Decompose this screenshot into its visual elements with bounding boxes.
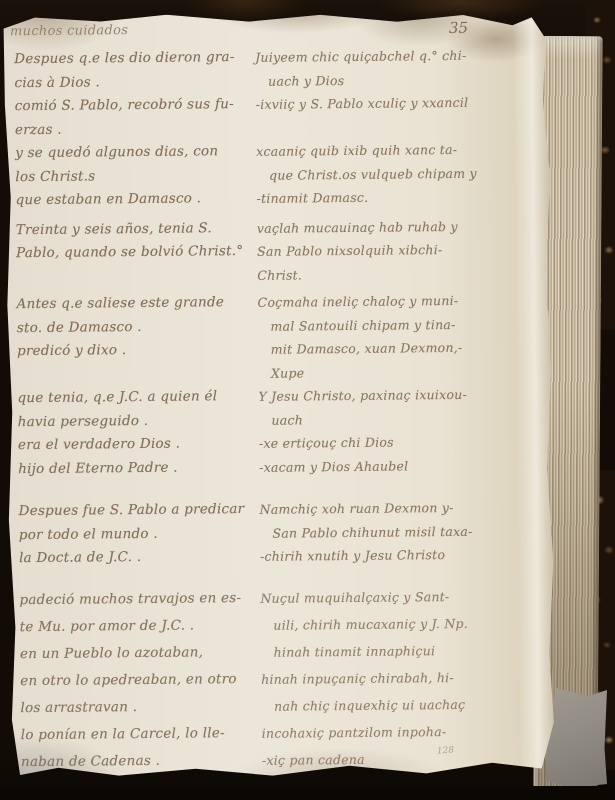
manuscript-page: 35 muchos cuidados Despues q.e les dio d… — [2, 8, 558, 781]
left-column-text-spanish: predicó y dixo . — [17, 339, 126, 364]
text-line: que estaban en Damasco .-tinamit Damasc. — [11, 184, 548, 213]
right-column-text-mayan: -tinamit Damasc. — [256, 186, 368, 211]
text-line: naban de Cadenas .-xiç pan cadena — [17, 744, 554, 776]
left-column-text-spanish: Despues fue S. Pablo a predicar — [18, 498, 244, 524]
left-column-text-spanish: naban de Cadenas . — [21, 747, 160, 775]
right-column-text-mayan: -xiç pan cadena — [262, 745, 365, 773]
text-line: hijo del Eterno Padre .-xacam y Dios Aha… — [14, 453, 551, 482]
left-column-text-spanish: Despues q.e les dio dieron gra- — [14, 46, 235, 72]
left-column-text-spanish: padeció muchos travajos en es- — [19, 585, 241, 614]
left-column-text-spanish: en un Pueblo lo azotaban, — [20, 639, 203, 668]
left-column-text-spanish: erzas . — [15, 118, 62, 142]
right-column-text-mayan: -ixviiç y S. Pablo xculiç y xxancil — [256, 91, 469, 117]
left-column-text-spanish: lo ponían en la Carcel, lo lle- — [21, 720, 225, 749]
pencil-folio-number: 128 — [437, 745, 455, 756]
manuscript-text: muchos cuidados Despues q.e les dio dier… — [10, 14, 554, 777]
header-gloss: muchos cuidados — [10, 14, 547, 45]
manuscript-photo: 35 muchos cuidados Despues q.e les dio d… — [0, 0, 615, 800]
left-column-text-spanish: Pablo, quando se bolvió Christ.° — [16, 240, 243, 266]
left-column-text-spanish: te Mu. por amor de J.C. . — [20, 612, 195, 641]
left-column-text-spanish: hijo del Eterno Padre . — [18, 456, 178, 481]
text-columns: Despues q.e les dio dieron gra-Juiyeem c… — [10, 43, 554, 776]
left-column-text-spanish: por todo el mundo . — [19, 522, 158, 547]
right-column-text-mayan: mal Santouili chipam y tina- — [258, 312, 456, 337]
left-column-text-spanish: sto. de Damasco . — [17, 315, 142, 340]
left-column-text-spanish: la Doct.a de J.C. . — [19, 546, 142, 571]
right-column-text-mayan: uili, chirih mucaxaniç y J. Np. — [261, 609, 469, 638]
right-column-text-mayan: -xe ertiçouç chi Dios — [259, 431, 394, 456]
right-column-text-mayan: uach y Dios — [255, 69, 344, 93]
binding-shadow — [0, 786, 615, 800]
left-column-text-spanish: Treinta y seis años, tenia S. — [16, 217, 212, 242]
right-column-text-mayan: incohaxiç pantzilom inpoha- — [262, 718, 447, 747]
paragraph: Despues fue S. Pablo a predicarNamchiç x… — [14, 495, 552, 571]
right-column-text-mayan: -xacam y Dios Ahaubel — [259, 454, 408, 479]
left-column-text-spanish: cias à Dios . — [14, 71, 100, 95]
text-line: la Doct.a de J.C. .-chirih xnutih y Jesu… — [15, 542, 552, 571]
paragraph: padeció muchos travajos en es-Nuçul muqu… — [15, 582, 554, 776]
left-column-text-spanish: que tenia, q.e J.C. a quien él — [17, 385, 217, 410]
right-column-text-mayan: Namchiç xoh ruan Dexmon y- — [259, 496, 453, 521]
right-column-text-mayan: vaçlah mucauinaç hab ruhab y — [257, 214, 458, 239]
right-column-text-mayan: Y Jesu Christo, paxinaç ixuixou- — [258, 383, 467, 409]
right-column-text-mayan: uach — [259, 408, 303, 432]
right-column-text-mayan: San Pablo chihunut misil taxa- — [260, 519, 473, 545]
paragraph: Despues q.e les dio dieron gra-Juiyeem c… — [10, 43, 549, 213]
right-column-text-mayan: nah chiç inquexhiç ui uachaç — [261, 690, 465, 719]
paragraph: Treinta y seis años, tenia S.vaçlah muca… — [12, 214, 550, 290]
right-column-text-mayan: Christ. — [257, 263, 302, 287]
right-column-text-mayan: -chirih xnutih y Jesu Christo — [260, 543, 445, 568]
left-column-text-spanish: era el verdadero Dios . — [18, 433, 180, 458]
torn-corner-patch — [545, 688, 607, 788]
right-column-text-mayan: que Christ.os vulqueb chipam y — [256, 161, 477, 187]
right-column-text-mayan: San Pablo nixsolquih xibchi- — [257, 238, 442, 263]
right-column-text-mayan: xcaaniç quib ixib quih xanc ta- — [256, 138, 457, 163]
left-column-text-spanish: los Christ.s — [15, 165, 95, 189]
left-column-text-spanish: y se quedó algunos dias, con — [15, 140, 218, 165]
left-column-text-spanish: havia perseguido . — [18, 409, 149, 434]
text-line: Christ. — [12, 261, 549, 290]
left-column-text-spanish: que estaban en Damasco . — [15, 187, 201, 212]
right-column-text-mayan: Coçmaha ineliç chaloç y muni- — [257, 289, 458, 314]
right-column-text-mayan: hinah tinamit innaphiçui — [261, 637, 436, 666]
left-column-text-spanish: en otro lo apedreaban, en otro — [20, 666, 237, 695]
right-column-text-mayan: hinah inpuçaniç chirabah, hi- — [261, 663, 454, 692]
left-column-text-spanish: los arrastravan . — [20, 694, 137, 722]
right-column-text-mayan: Juiyeem chic quiçabchel q.° chi- — [255, 44, 466, 70]
right-column-text-mayan: Nuçul muquihalçaxiç y Sant- — [260, 583, 449, 612]
left-column-text-spanish: Antes q.e saliese este grande — [16, 291, 224, 316]
right-column-text-mayan: mit Damasco, xuan Dexmon,- — [258, 336, 463, 361]
paragraph: Antes q.e saliese este grandeCoçmaha ine… — [12, 288, 551, 481]
right-column-text-mayan: Xupe — [258, 361, 304, 385]
left-column-text-spanish: comió S. Pablo, recobró sus fu- — [15, 93, 234, 119]
